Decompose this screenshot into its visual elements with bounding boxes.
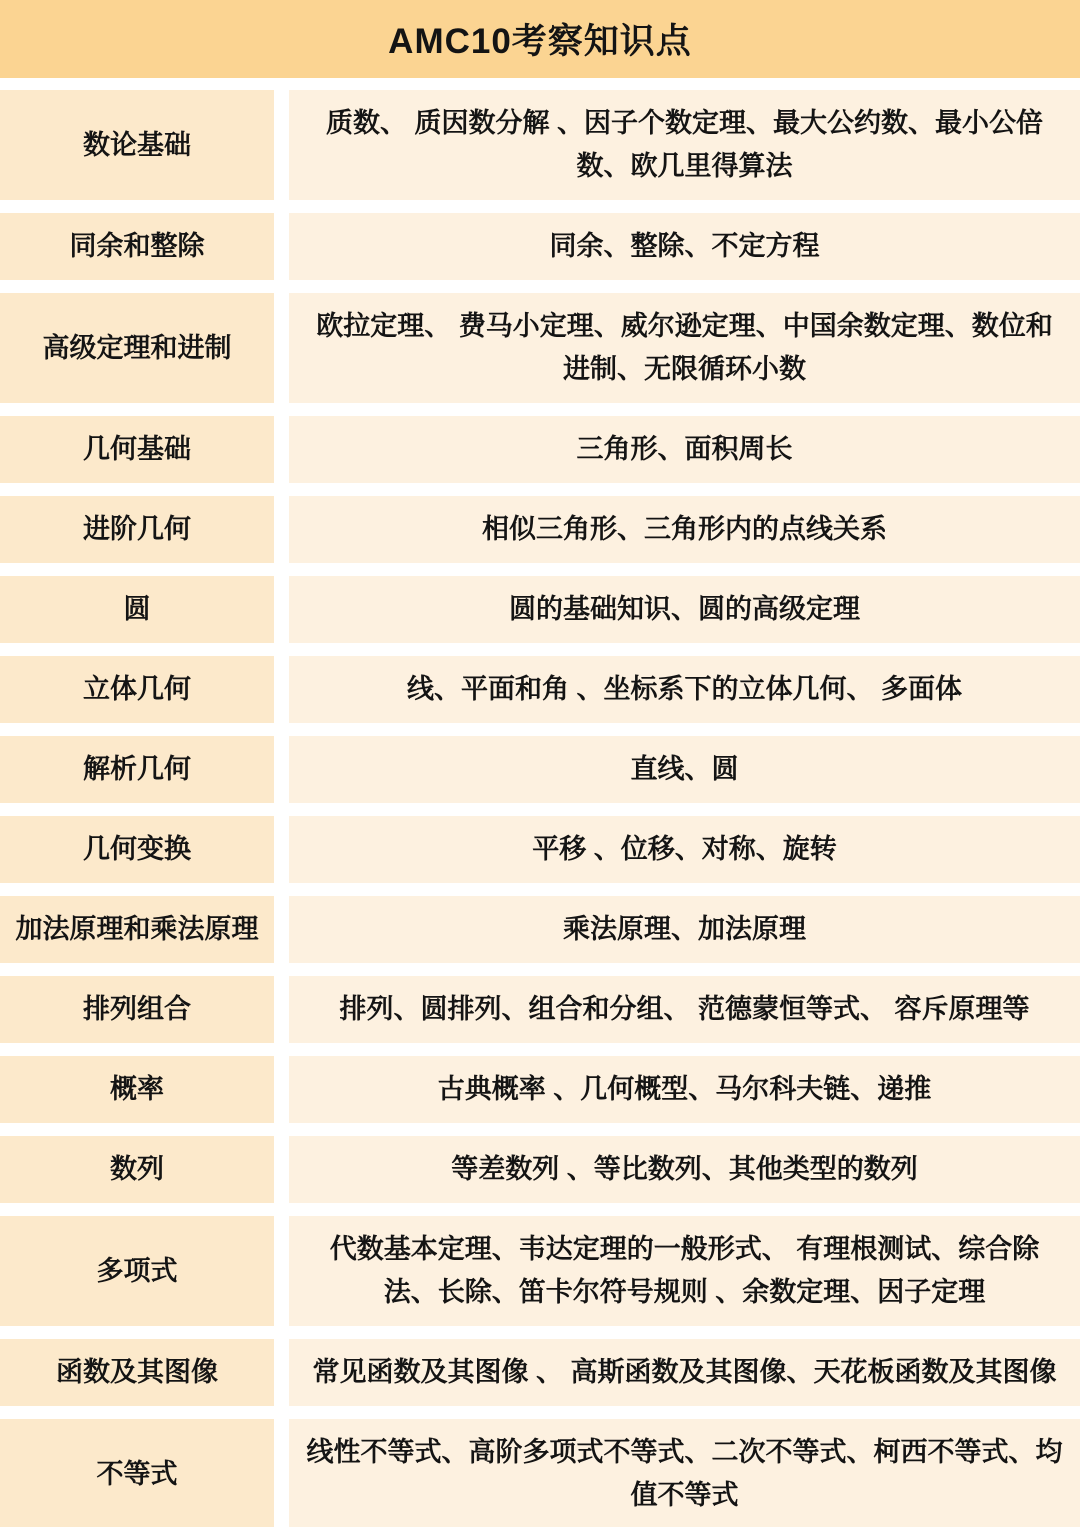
knowledge-table: 数论基础 质数、 质因数分解 、因子个数定理、最大公约数、最小公倍数、欧几里得算…: [0, 90, 1080, 1527]
category-cell: 解析几何: [0, 736, 274, 803]
category-cell: 多项式: [0, 1216, 274, 1326]
table-row: 不等式 线性不等式、高阶多项式不等式、二次不等式、柯西不等式、均值不等式: [0, 1419, 1080, 1527]
topics-cell: 质数、 质因数分解 、因子个数定理、最大公约数、最小公倍数、欧几里得算法: [289, 90, 1080, 200]
topics-cell: 相似三角形、三角形内的点线关系: [289, 496, 1080, 563]
topics-cell: 圆的基础知识、圆的高级定理: [289, 576, 1080, 643]
topics-cell: 同余、整除、不定方程: [289, 213, 1080, 280]
category-cell: 数列: [0, 1136, 274, 1203]
table-row: 数论基础 质数、 质因数分解 、因子个数定理、最大公约数、最小公倍数、欧几里得算…: [0, 90, 1080, 200]
page-title: AMC10考察知识点: [388, 14, 692, 64]
table-row: 高级定理和进制 欧拉定理、 费马小定理、威尔逊定理、中国余数定理、数位和进制、无…: [0, 293, 1080, 403]
category-cell: 概率: [0, 1056, 274, 1123]
table-row: 加法原理和乘法原理 乘法原理、加法原理: [0, 896, 1080, 963]
table-row: 概率 古典概率 、几何概型、马尔科夫链、递推: [0, 1056, 1080, 1123]
table-row: 解析几何 直线、圆: [0, 736, 1080, 803]
category-cell: 进阶几何: [0, 496, 274, 563]
table-row: 多项式 代数基本定理、韦达定理的一般形式、 有理根测试、综合除法、长除、笛卡尔符…: [0, 1216, 1080, 1326]
topics-cell: 平移 、位移、对称、旋转: [289, 816, 1080, 883]
header-banner: AMC10考察知识点: [0, 0, 1080, 78]
topics-cell: 欧拉定理、 费马小定理、威尔逊定理、中国余数定理、数位和进制、无限循环小数: [289, 293, 1080, 403]
table-row: 几何基础 三角形、面积周长: [0, 416, 1080, 483]
table-row: 同余和整除 同余、整除、不定方程: [0, 213, 1080, 280]
topics-cell: 线、平面和角 、坐标系下的立体几何、 多面体: [289, 656, 1080, 723]
topics-cell: 代数基本定理、韦达定理的一般形式、 有理根测试、综合除法、长除、笛卡尔符号规则 …: [289, 1216, 1080, 1326]
topics-cell: 三角形、面积周长: [289, 416, 1080, 483]
category-cell: 不等式: [0, 1419, 274, 1527]
table-row: 函数及其图像 常见函数及其图像 、 高斯函数及其图像、天花板函数及其图像: [0, 1339, 1080, 1406]
table-row: 进阶几何 相似三角形、三角形内的点线关系: [0, 496, 1080, 563]
table-row: 数列 等差数列 、等比数列、其他类型的数列: [0, 1136, 1080, 1203]
category-cell: 加法原理和乘法原理: [0, 896, 274, 963]
table-row: 圆 圆的基础知识、圆的高级定理: [0, 576, 1080, 643]
category-cell: 几何基础: [0, 416, 274, 483]
topics-cell: 直线、圆: [289, 736, 1080, 803]
category-cell: 立体几何: [0, 656, 274, 723]
table-row: 几何变换 平移 、位移、对称、旋转: [0, 816, 1080, 883]
category-cell: 几何变换: [0, 816, 274, 883]
table-row: 排列组合 排列、圆排列、组合和分组、 范德蒙恒等式、 容斥原理等: [0, 976, 1080, 1043]
topics-cell: 线性不等式、高阶多项式不等式、二次不等式、柯西不等式、均值不等式: [289, 1419, 1080, 1527]
category-cell: 圆: [0, 576, 274, 643]
category-cell: 排列组合: [0, 976, 274, 1043]
topics-cell: 等差数列 、等比数列、其他类型的数列: [289, 1136, 1080, 1203]
category-cell: 同余和整除: [0, 213, 274, 280]
category-cell: 数论基础: [0, 90, 274, 200]
category-cell: 函数及其图像: [0, 1339, 274, 1406]
topics-cell: 乘法原理、加法原理: [289, 896, 1080, 963]
page: AMC10考察知识点 数论基础 质数、 质因数分解 、因子个数定理、最大公约数、…: [0, 0, 1080, 1527]
category-cell: 高级定理和进制: [0, 293, 274, 403]
topics-cell: 常见函数及其图像 、 高斯函数及其图像、天花板函数及其图像: [289, 1339, 1080, 1406]
table-row: 立体几何 线、平面和角 、坐标系下的立体几何、 多面体: [0, 656, 1080, 723]
topics-cell: 排列、圆排列、组合和分组、 范德蒙恒等式、 容斥原理等: [289, 976, 1080, 1043]
topics-cell: 古典概率 、几何概型、马尔科夫链、递推: [289, 1056, 1080, 1123]
